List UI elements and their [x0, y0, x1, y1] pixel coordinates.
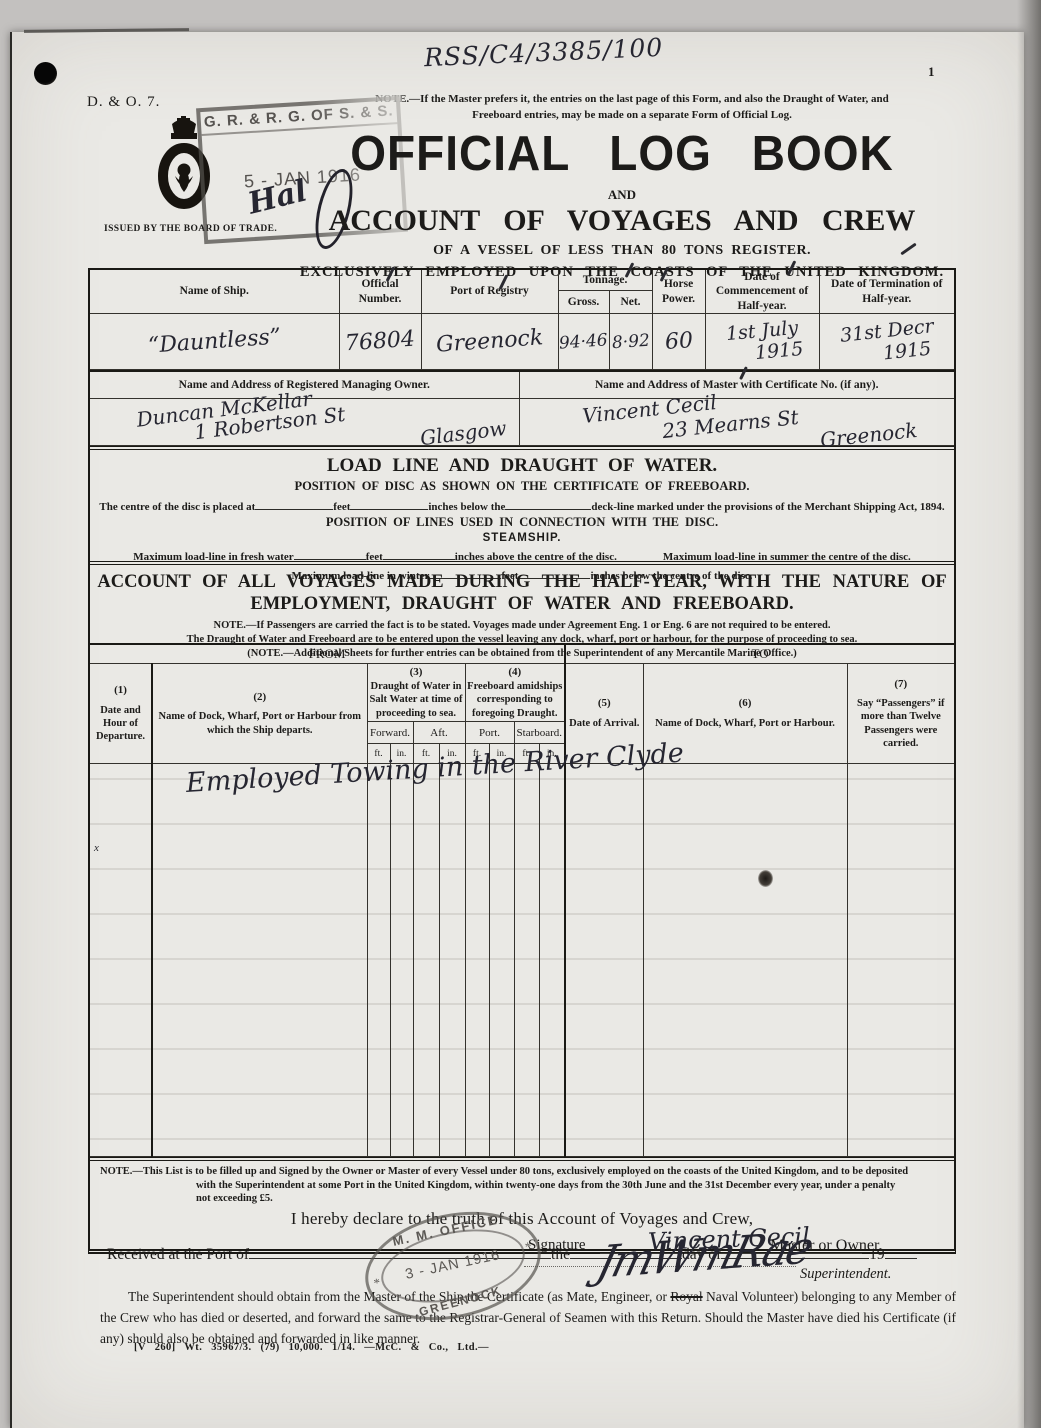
col-termination: Date of Termination of Half-year.: [819, 270, 954, 314]
load-line-sub1: POSITION OF DISC AS SHOWN ON THE CERTIFI…: [90, 479, 954, 494]
starboard-header: Starboard.: [514, 722, 565, 744]
commencement-value: 1st July 1915: [705, 314, 819, 370]
blank-feet: [255, 497, 333, 510]
scanned-log-book-page: RSS/C4/3385/100 1 D. & O. 7. NOTE.—If th…: [10, 32, 1024, 1428]
title-and: AND: [222, 187, 1022, 203]
col3a-ft-body: [367, 764, 390, 1157]
top-note-line1: NOTE.—If the Master prefers it, the entr…: [312, 92, 952, 108]
steamship-heading: STEAMSHIP.: [90, 532, 954, 544]
col1-header: (1)Date and Hour of Departure.: [90, 664, 152, 764]
col7-header: (7)Say “Passengers” if more than Twelve …: [847, 664, 954, 764]
col-tonnage: Tonnage.: [558, 270, 652, 291]
paper-edge-line: [24, 28, 189, 33]
page-title: OFFICIAL LOG BOOK: [222, 124, 1022, 181]
official-number-value: 76804: [339, 314, 421, 370]
owner-value: Duncan McKellar 1 Robertson St Glasgow: [90, 398, 519, 445]
col-gross: Gross.: [558, 291, 609, 314]
ink-blot: [758, 870, 773, 887]
stray-pen-mark: x: [94, 842, 99, 854]
col-net: Net.: [609, 291, 652, 314]
gross-tonnage-value: 94·46: [558, 314, 609, 370]
voyages-table: FROM TO (1)Date and Hour of Departure. (…: [90, 643, 954, 1158]
page-number: 1: [928, 64, 935, 80]
col-master: Name and Address of Master with Certific…: [519, 371, 954, 398]
blank-year: [885, 1244, 917, 1259]
punch-hole: [34, 62, 57, 85]
footer-note-line3: not exceeding £5.: [100, 1192, 944, 1206]
printer-imprint: [V 260] Wt. 35967/3. (79) 10,000. 1/14. …: [134, 1342, 489, 1353]
load-line-section: LOAD LINE AND DRAUGHT OF WATER. POSITION…: [90, 446, 954, 561]
col-port-of-registry: Port of Registry: [421, 270, 558, 314]
account-title: ACCOUNT OF ALL VOYAGES MADE DURING THE H…: [90, 571, 954, 615]
struck-word-royal: Royal: [670, 1289, 702, 1304]
col-name-of-ship: Name of Ship.: [90, 270, 339, 314]
col5-body: [565, 764, 643, 1157]
fresh-water-line: Maximum load-line in fresh waterfeetinch…: [90, 547, 954, 563]
footer-note-line2: with the Superintendent at some Port in …: [100, 1179, 944, 1193]
col-commencement: Date of Commencement of Half-year.: [705, 270, 819, 314]
blank-deckline: [505, 497, 591, 510]
horse-power-value: 60: [652, 314, 705, 370]
master-value: Vincent Cecil 23 Mearns St Greenock: [519, 398, 954, 445]
top-note-line2: Freeboard entries, may be made on a sepa…: [312, 108, 952, 124]
col-horse-power: Horse Power.: [652, 270, 705, 314]
col2-header: (2)Name of Dock, Wharf, Port or Harbour …: [152, 664, 367, 764]
ship-name-value: “Dauntless”: [90, 314, 339, 370]
footer-note-line1: NOTE.—This List is to be filled up and S…: [100, 1165, 944, 1179]
col6-body: [643, 764, 847, 1157]
load-line-sub2: POSITION OF LINES USED IN CONNECTION WIT…: [90, 515, 954, 530]
forward-header: Forward.: [367, 722, 413, 744]
load-line-title: LOAD LINE AND DRAUGHT OF WATER.: [90, 455, 954, 477]
termination-value: 31st Decr 1915: [819, 314, 954, 370]
blank-inches: [350, 497, 428, 510]
page-subtitle: ACCOUNT OF VOYAGES AND CREW: [222, 204, 1022, 238]
col3-header: (3)Draught of Water in Salt Water at tim…: [367, 664, 465, 722]
col1-body: [90, 764, 152, 1157]
form-frame: Name of Ship. Official Number. Port of R…: [88, 268, 956, 1254]
superintendent-label: Superintendent.: [800, 1266, 891, 1283]
net-tonnage-value: 8·92: [609, 314, 652, 370]
disc-position-line: The centre of the disc is placed atfeeti…: [90, 497, 954, 513]
port-of-registry-value: Greenock: [421, 314, 558, 370]
top-note: NOTE.—If the Master prefers it, the entr…: [312, 92, 952, 124]
owner-master-table: Name and Address of Registered Managing …: [90, 370, 954, 446]
col7-body: [847, 764, 954, 1157]
aft-header: Aft.: [413, 722, 465, 744]
form-code: D. & O. 7.: [87, 94, 160, 111]
title-block: OFFICIAL LOG BOOK AND ACCOUNT OF VOYAGES…: [222, 126, 1022, 281]
account-heading-section: ACCOUNT OF ALL VOYAGES MADE DURING THE H…: [90, 561, 954, 643]
col-official-number: Official Number.: [339, 270, 421, 314]
col4-header: (4)Freeboard amidships corresponding to …: [465, 664, 565, 722]
port-header: Port.: [465, 722, 514, 744]
archive-reference-number: RSS/C4/3385/100: [423, 33, 663, 72]
col2-body: [152, 764, 367, 1157]
ship-particulars-table: Name of Ship. Official Number. Port of R…: [90, 270, 954, 370]
closing-paragraph: The Superintendent should obtain from th…: [100, 1287, 956, 1350]
